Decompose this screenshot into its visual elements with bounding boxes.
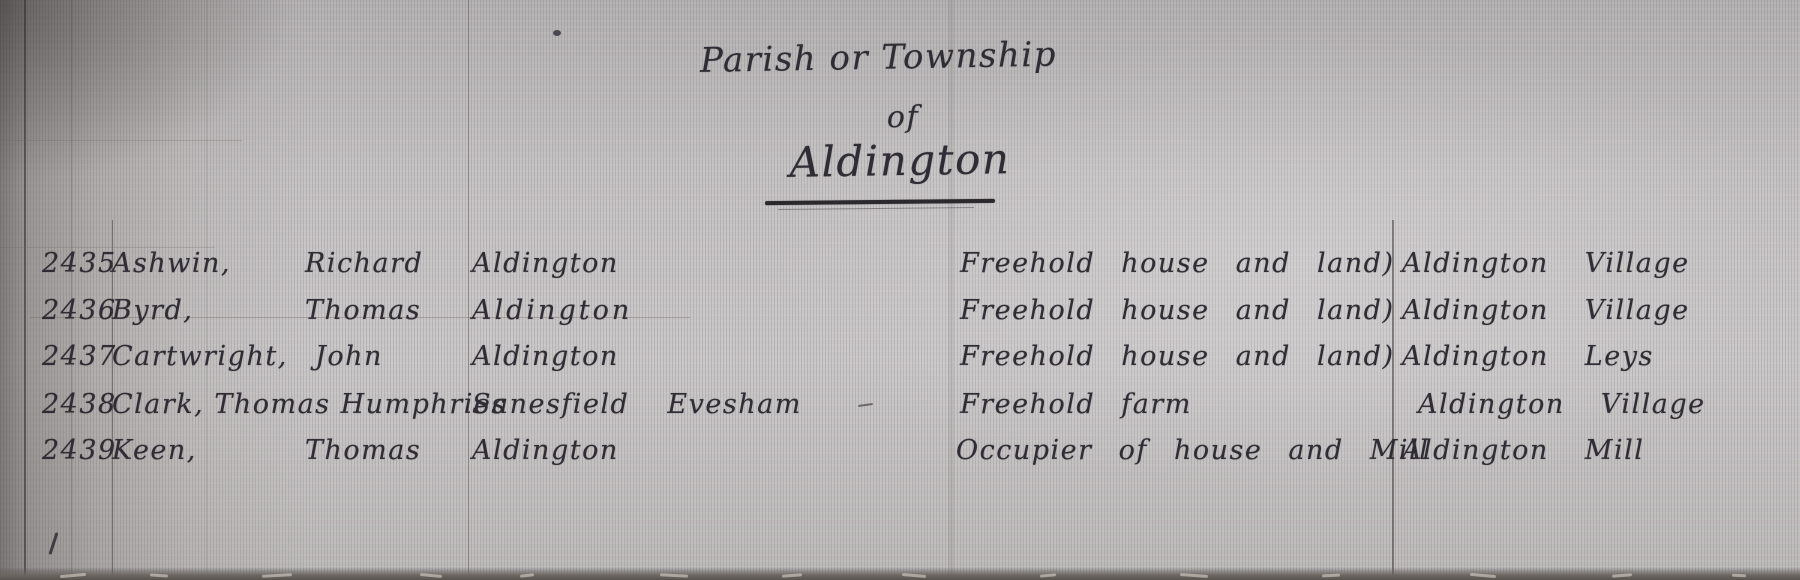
place-of-abode: Aldington	[472, 295, 632, 326]
page-edge-artifact	[520, 573, 534, 577]
qualification: Freehold house and land)	[960, 248, 1395, 279]
place-of-abode: Aldington	[472, 341, 619, 372]
forename: John	[315, 341, 383, 372]
entry-number: 2438	[42, 389, 117, 420]
entry-number: 2439	[42, 435, 117, 466]
page-edge-artifact	[1612, 573, 1632, 577]
location: Aldington Leys	[1402, 341, 1654, 372]
page-title-parish-or-township: Parish or Township	[700, 35, 1031, 81]
page-edge-artifact	[782, 573, 802, 577]
ink-speck	[553, 30, 561, 36]
forename: Thomas	[305, 435, 421, 466]
ruled-line-faint	[206, 0, 207, 580]
surname: Keen,	[112, 435, 197, 466]
entry-number: 2435	[42, 248, 117, 279]
page-edge-artifact	[902, 573, 926, 578]
ink-slash	[49, 532, 59, 555]
location: Aldington Mill	[1402, 435, 1644, 466]
page-edge-artifact	[60, 573, 86, 578]
ink-dash	[858, 403, 873, 407]
surname: Ashwin,	[112, 248, 231, 279]
qualification: Freehold house and land)	[960, 295, 1395, 326]
ruled-line-left-edge	[24, 0, 26, 580]
page-edge-artifact	[1732, 574, 1746, 578]
forename: Thomas	[305, 295, 421, 326]
location: Aldington Village	[1418, 389, 1706, 420]
page-edge-artifact	[1322, 574, 1340, 578]
entry-number: 2437	[42, 341, 117, 372]
surname: Byrd,	[112, 295, 193, 326]
scan-bottom-edge	[0, 567, 1800, 580]
page-edge-artifact	[262, 573, 292, 578]
surname: Cartwright,	[112, 341, 288, 372]
page-edge-artifact	[660, 573, 688, 577]
ruled-line-qualification-column	[948, 0, 954, 580]
place-of-abode: Aldington	[472, 248, 619, 279]
place-of-abode: Aldington	[472, 435, 619, 466]
page-title-aldington: Aldington	[770, 134, 1031, 188]
title-underline-echo	[778, 207, 974, 210]
page-edge-artifact	[1470, 573, 1496, 578]
ruled-line-horizontal	[0, 140, 242, 141]
page-edge-artifact	[420, 573, 442, 578]
page-edge-artifact	[1180, 573, 1208, 578]
ruled-line-abode-column	[468, 0, 469, 580]
entry-number: 2436	[42, 295, 117, 326]
title-underline	[765, 199, 995, 205]
surname: Clark, Thomas Humphries	[112, 389, 507, 420]
register-scan-page: Parish or Township of Aldington 2435 Ash…	[0, 0, 1800, 580]
page-edge-artifact	[150, 573, 168, 577]
qualification: Freehold house and land)	[960, 341, 1395, 372]
location: Aldington Village	[1402, 295, 1690, 326]
location: Aldington Village	[1402, 248, 1690, 279]
place-of-abode: Sanesfield Evesham	[472, 389, 802, 420]
page-title-of: of	[868, 100, 938, 135]
qualification: Freehold farm	[960, 389, 1192, 420]
qualification: Occupier of house and Mill	[956, 435, 1429, 466]
forename: Richard	[305, 248, 423, 279]
page-edge-artifact	[1040, 573, 1056, 577]
ruled-line-margin	[71, 0, 72, 580]
